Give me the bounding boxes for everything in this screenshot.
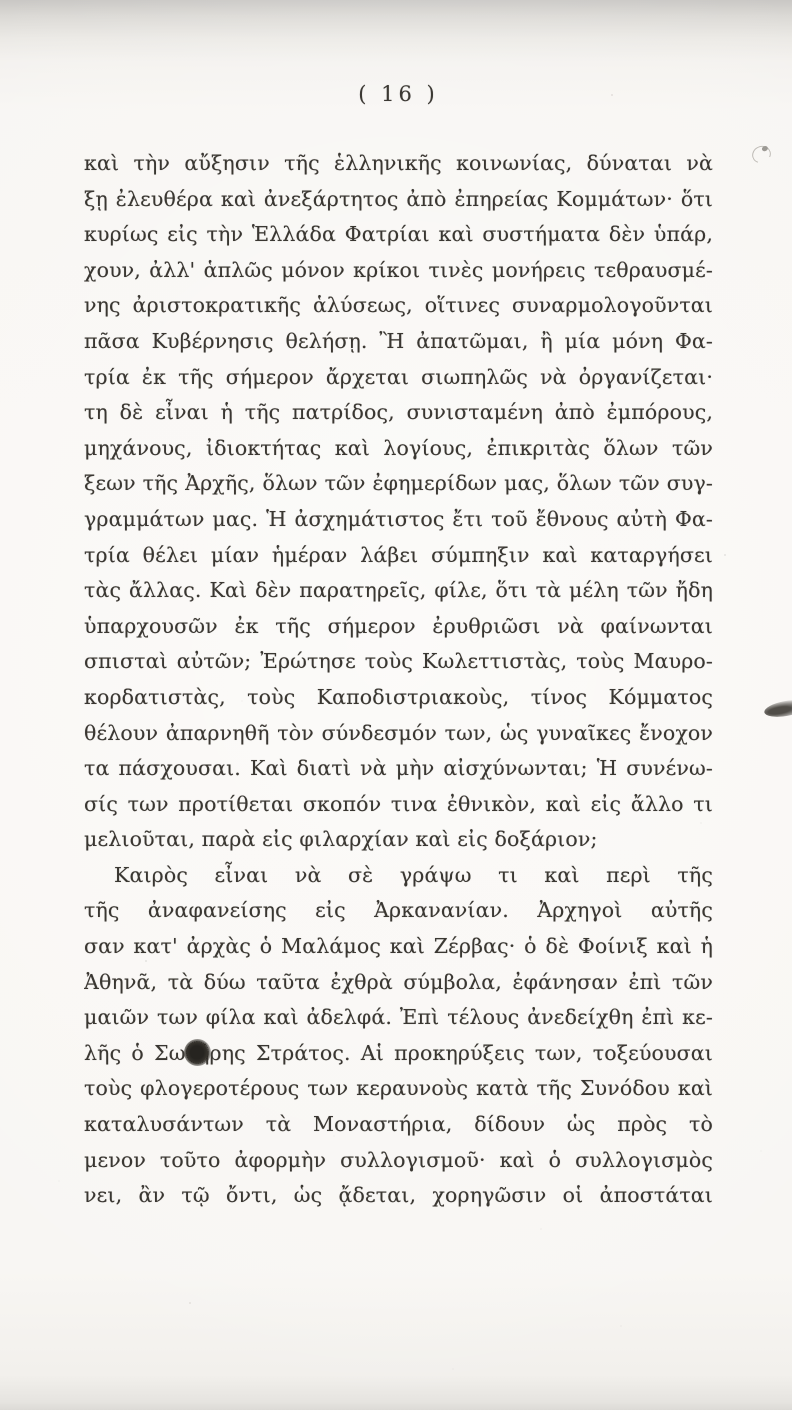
- edge-smudge: [763, 697, 792, 719]
- text-line: Ἀθηνᾶ, τὰ δύω ταῦτα ἐχθρὰ σύμβολα, ἐφάνη…: [84, 965, 713, 1001]
- text-line: σπισταὶ αὐτῶν; Ἐρώτησε τοὺς Κωλεττιστὰς,…: [84, 644, 713, 680]
- text-line: σαν κατ' ἀρχὰς ὁ Μαλάμος καὶ Ζέρβας· ὁ δ…: [84, 929, 713, 965]
- text-line: σίς των προτίθεται σκοπόν τινα ἐθνικὸν, …: [84, 787, 713, 823]
- text-line: τρία θέλει μίαν ἡμέραν λάβει σύμπηξιν κα…: [84, 538, 713, 574]
- text-line: τα πάσχουσαι. Καὶ διατὶ νὰ μὴν αἰσχύνωντ…: [84, 751, 713, 787]
- text-line: Καιρὸς εἶναι νὰ σὲ γράψω τι καὶ περὶ τῆς…: [84, 858, 713, 894]
- body-text: καὶ τὴν αὔξησιν τῆς ἑλληνικῆς κοινωνίας,…: [84, 146, 713, 1214]
- text-line: καὶ τὴν αὔξησιν τῆς ἑλληνικῆς κοινωνίας,…: [84, 146, 713, 182]
- text-line: γραμμάτων μας. Ἡ ἀσχημάτιστος ἔτι τοῦ ἔθ…: [84, 502, 713, 538]
- page-header: ( 16 ): [84, 82, 713, 106]
- text-line: χουν, ἀλλ' ἁπλῶς μόνον κρίκοι τινὲς μονή…: [84, 253, 713, 289]
- text-line: τῆς ἀναφανείσης εἰς Ἀρκανανίαν. Ἀρχηγοὶ …: [84, 893, 713, 929]
- text-line: τὰς ἄλλας. Καὶ δὲν παρατηρεῖς, φίλε, ὅτι…: [84, 573, 713, 609]
- text-line: ξῃ ἐλευθέρα καὶ ἀνεξάρτητος ἀπὸ ἐπηρείας…: [84, 182, 713, 218]
- text-line: ὑπαρχουσῶν ἐκ τῆς σήμερον ἐρυθριῶσι νὰ φ…: [84, 609, 713, 645]
- text-line: μενον τοῦτο ἀφορμὴν συλλογισμοῦ· καὶ ὁ σ…: [84, 1143, 713, 1179]
- text-line: ξεων τῆς Ἀρχῆς, ὅλων τῶν ἐφημερίδων μας,…: [84, 466, 713, 502]
- text-line: λῆς ὁ Σωτήρης Στράτος. Αἱ προκηρύξεις τω…: [84, 1036, 713, 1072]
- text-line: τρία ἐκ τῆς σήμερον ἄρχεται σιωπηλῶς νὰ …: [84, 360, 713, 396]
- text-line: τη δὲ εἶναι ἡ τῆς πατρίδος, συνισταμένη …: [84, 395, 713, 431]
- page-number: ( 16 ): [358, 82, 438, 106]
- text-line: κυρίως εἰς τὴν Ἑλλάδα Φατρίαι καὶ συστήμ…: [84, 217, 713, 253]
- text-line: μαιῶν των φίλα καὶ ἀδελφά. Ἐπὶ τέλους ἀν…: [84, 1000, 713, 1036]
- text-line: τοὺς φλογεροτέρους των κεραυνοὺς κατὰ τῆ…: [84, 1071, 713, 1107]
- scanned-book-page: ( 16 ) καὶ τὴν αὔξησιν τῆς ἑλληνικῆς κοι…: [0, 0, 792, 1410]
- text-line: μηχάνους, ἰδιοκτήτας καὶ λογίους, ἐπικρι…: [84, 431, 713, 467]
- text-line: πᾶσα Κυβέρνησις θελήσῃ. Ἢ ἀπατῶμαι, ἢ μί…: [84, 324, 713, 360]
- ink-blot: [184, 1039, 211, 1066]
- text-line: θέλουν ἀπαρνηθῆ τὸν σύνδεσμόν των, ὡς γυ…: [84, 716, 713, 752]
- text-line: νης ἀριστοκρατικῆς ἁλύσεως, οἵτινες συνα…: [84, 288, 713, 324]
- text-line: νει, ἂν τῷ ὄντι, ὡς ᾄδεται, χορηγῶσιν οἱ…: [84, 1178, 713, 1214]
- text-line: μελιοῦται, παρὰ εἰς φιλαρχίαν καὶ εἰς δο…: [84, 822, 713, 858]
- text-line: κορδατιστὰς, τοὺς Καποδιστριακοὺς, τίνος…: [84, 680, 713, 716]
- text-line: καταλυσάντων τὰ Μοναστήρια, δίδουν ὡς πρ…: [84, 1107, 713, 1143]
- paper-ring-mark: [749, 143, 773, 166]
